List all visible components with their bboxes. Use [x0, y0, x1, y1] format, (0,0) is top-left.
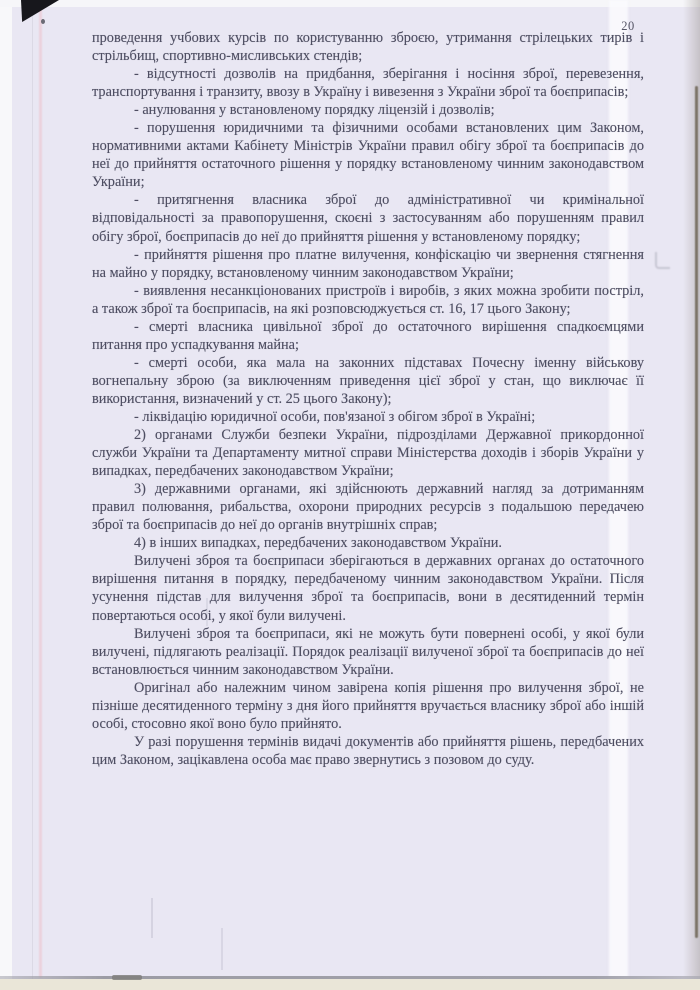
scan-left-margin-strip [0, 0, 12, 990]
paragraph: У разі порушення термінів видачі докумен… [92, 733, 644, 769]
scan-left-crease-line [32, 0, 33, 990]
scan-scratch [151, 898, 153, 938]
list-item: - відсутності дозволів на придбання, збе… [92, 65, 644, 101]
scan-scratch [221, 928, 223, 970]
bottom-edge-speck [112, 975, 142, 980]
corner-speck [41, 19, 45, 24]
scan-right-edge-line [695, 86, 698, 938]
list-item: - смерті власника цивільної зброї до ост… [92, 318, 644, 354]
paragraph: Вилучені зброя та боєприпаси зберігаютьс… [92, 552, 644, 624]
list-item: - порушення юридичними та фізичними особ… [92, 119, 644, 191]
scan-smudge [655, 252, 670, 269]
list-item: - притягнення власника зброї до адмініст… [92, 191, 644, 245]
list-item: - смерті особи, яка мала на законних під… [92, 354, 644, 408]
paragraph: Оригінал або належним чином завірена коп… [92, 679, 644, 733]
list-item: - ліквідацію юридичної особи, пов'язаної… [92, 408, 644, 426]
scan-top-edge-strip [0, 0, 700, 7]
document-body: проведення учбових курсів по користуванн… [92, 29, 644, 769]
list-item: 4) в інших випадках, передбачених законо… [92, 534, 644, 552]
list-item: 3) державними органами, які здійснюють д… [92, 480, 644, 534]
scan-left-pink-line [39, 0, 42, 978]
list-item: 2) органами Служби безпеки України, підр… [92, 426, 644, 480]
paragraph: проведення учбових курсів по користуванн… [92, 29, 644, 65]
list-item: - виявлення несанкціонованих пристроїв і… [92, 282, 644, 318]
list-item: - анулювання у встановленому порядку ліц… [92, 101, 644, 119]
list-item: - прийняття рішення про платне вилучення… [92, 246, 644, 282]
scanned-page: { "page": { "number": "20" }, "colors": … [0, 0, 700, 990]
page-bottom-band [0, 979, 700, 990]
paragraph: Вилучені зброя та боєприпаси, які не мож… [92, 625, 644, 679]
